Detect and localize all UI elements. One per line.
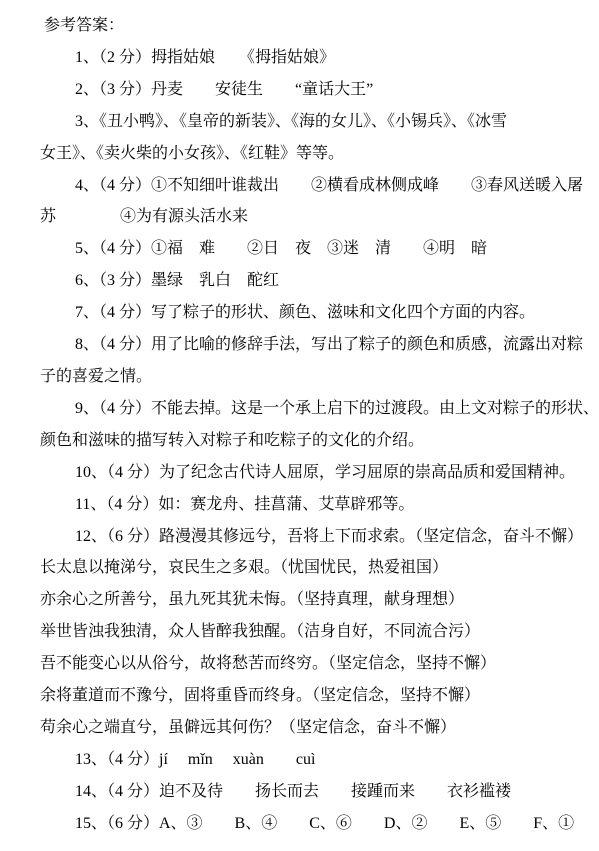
answer-line: 余将董道而不豫兮，固将重昏而终身。（坚定信念，坚持不懈） [40,680,569,712]
answer-line: 子的喜爱之情。 [40,361,569,393]
answer-line: 亦余心之所善兮，虽九死其犹未悔。（坚持真理，献身理想） [40,584,569,616]
answer-line: 4、（4 分）①不知细叶谁裁出 ②横看成林侧成峰 ③春风送暖入屠 [40,170,569,202]
page-heading: 参考答案： [40,10,569,42]
answer-line: 13、（4 分）jí mǐn xuàn cuì [40,744,569,776]
answer-line: 6、（3 分）墨绿 乳白 酡红 [40,265,569,297]
answer-line: 15、（6 分）A、③ B、④ C、⑥ D、② E、⑤ F、① [40,808,569,840]
answer-line: 9、（4 分）不能去掉。这是一个承上启下的过渡段。由上文对粽子的形状、 [40,393,569,425]
answer-line: 5、（4 分）①福 难 ②日 夜 ③迷 清 ④明 暗 [40,233,569,265]
answer-line: 2、（3 分）丹麦 安徒生 “童话大王” [40,74,569,106]
answer-line: 7、（4 分）写了粽子的形状、颜色、滋味和文化四个方面的内容。 [40,297,569,329]
answer-line: 14、（4 分）迫不及待 扬长而去 接踵而来 衣衫褴褛 [40,776,569,808]
answer-lines: 1、（2 分）拇指姑娘 《拇指姑娘》2、（3 分）丹麦 安徒生 “童话大王”3、… [40,42,569,840]
answer-line: 颜色和滋味的描写转入对粽子和吃粽子的文化的介绍。 [40,425,569,457]
answer-line: 长太息以掩涕兮，哀民生之多艰。（忧国忧民，热爱祖国） [40,552,569,584]
answer-line: 苏 ④为有源头活水来 [40,201,569,233]
answer-line: 3、《丑小鸭》、《皇帝的新装》、《海的女儿》、《小锡兵》、《冰雪 [40,106,569,138]
answer-line: 举世皆浊我独清，众人皆醉我独醒。（洁身自好，不同流合污） [40,616,569,648]
answer-line: 1、（2 分）拇指姑娘 《拇指姑娘》 [40,42,569,74]
answer-line: 女王》、《卖火柴的小女孩》、《红鞋》等等。 [40,138,569,170]
answer-line: 苟余心之端直兮，虽僻远其何伤？（坚定信念，奋斗不懈） [40,712,569,744]
answer-line: 8、（4 分）用了比喻的修辞手法，写出了粽子的颜色和质感，流露出对粽 [40,329,569,361]
answer-line: 12、（6 分）路漫漫其修远兮，吾将上下而求索。（坚定信念，奋斗不懈） [40,521,569,553]
answer-line: 10、（4 分）为了纪念古代诗人屈原，学习屈原的崇高品质和爱国精神。 [40,457,569,489]
answer-line: 吾不能变心以从俗兮，故将愁苦而终穷。（坚定信念，坚持不懈） [40,648,569,680]
answer-line: 11、（4 分）如：赛龙舟、挂菖蒲、艾草辟邪等。 [40,489,569,521]
answer-sheet-page: 参考答案： 1、（2 分）拇指姑娘 《拇指姑娘》2、（3 分）丹麦 安徒生 “童… [0,0,599,840]
